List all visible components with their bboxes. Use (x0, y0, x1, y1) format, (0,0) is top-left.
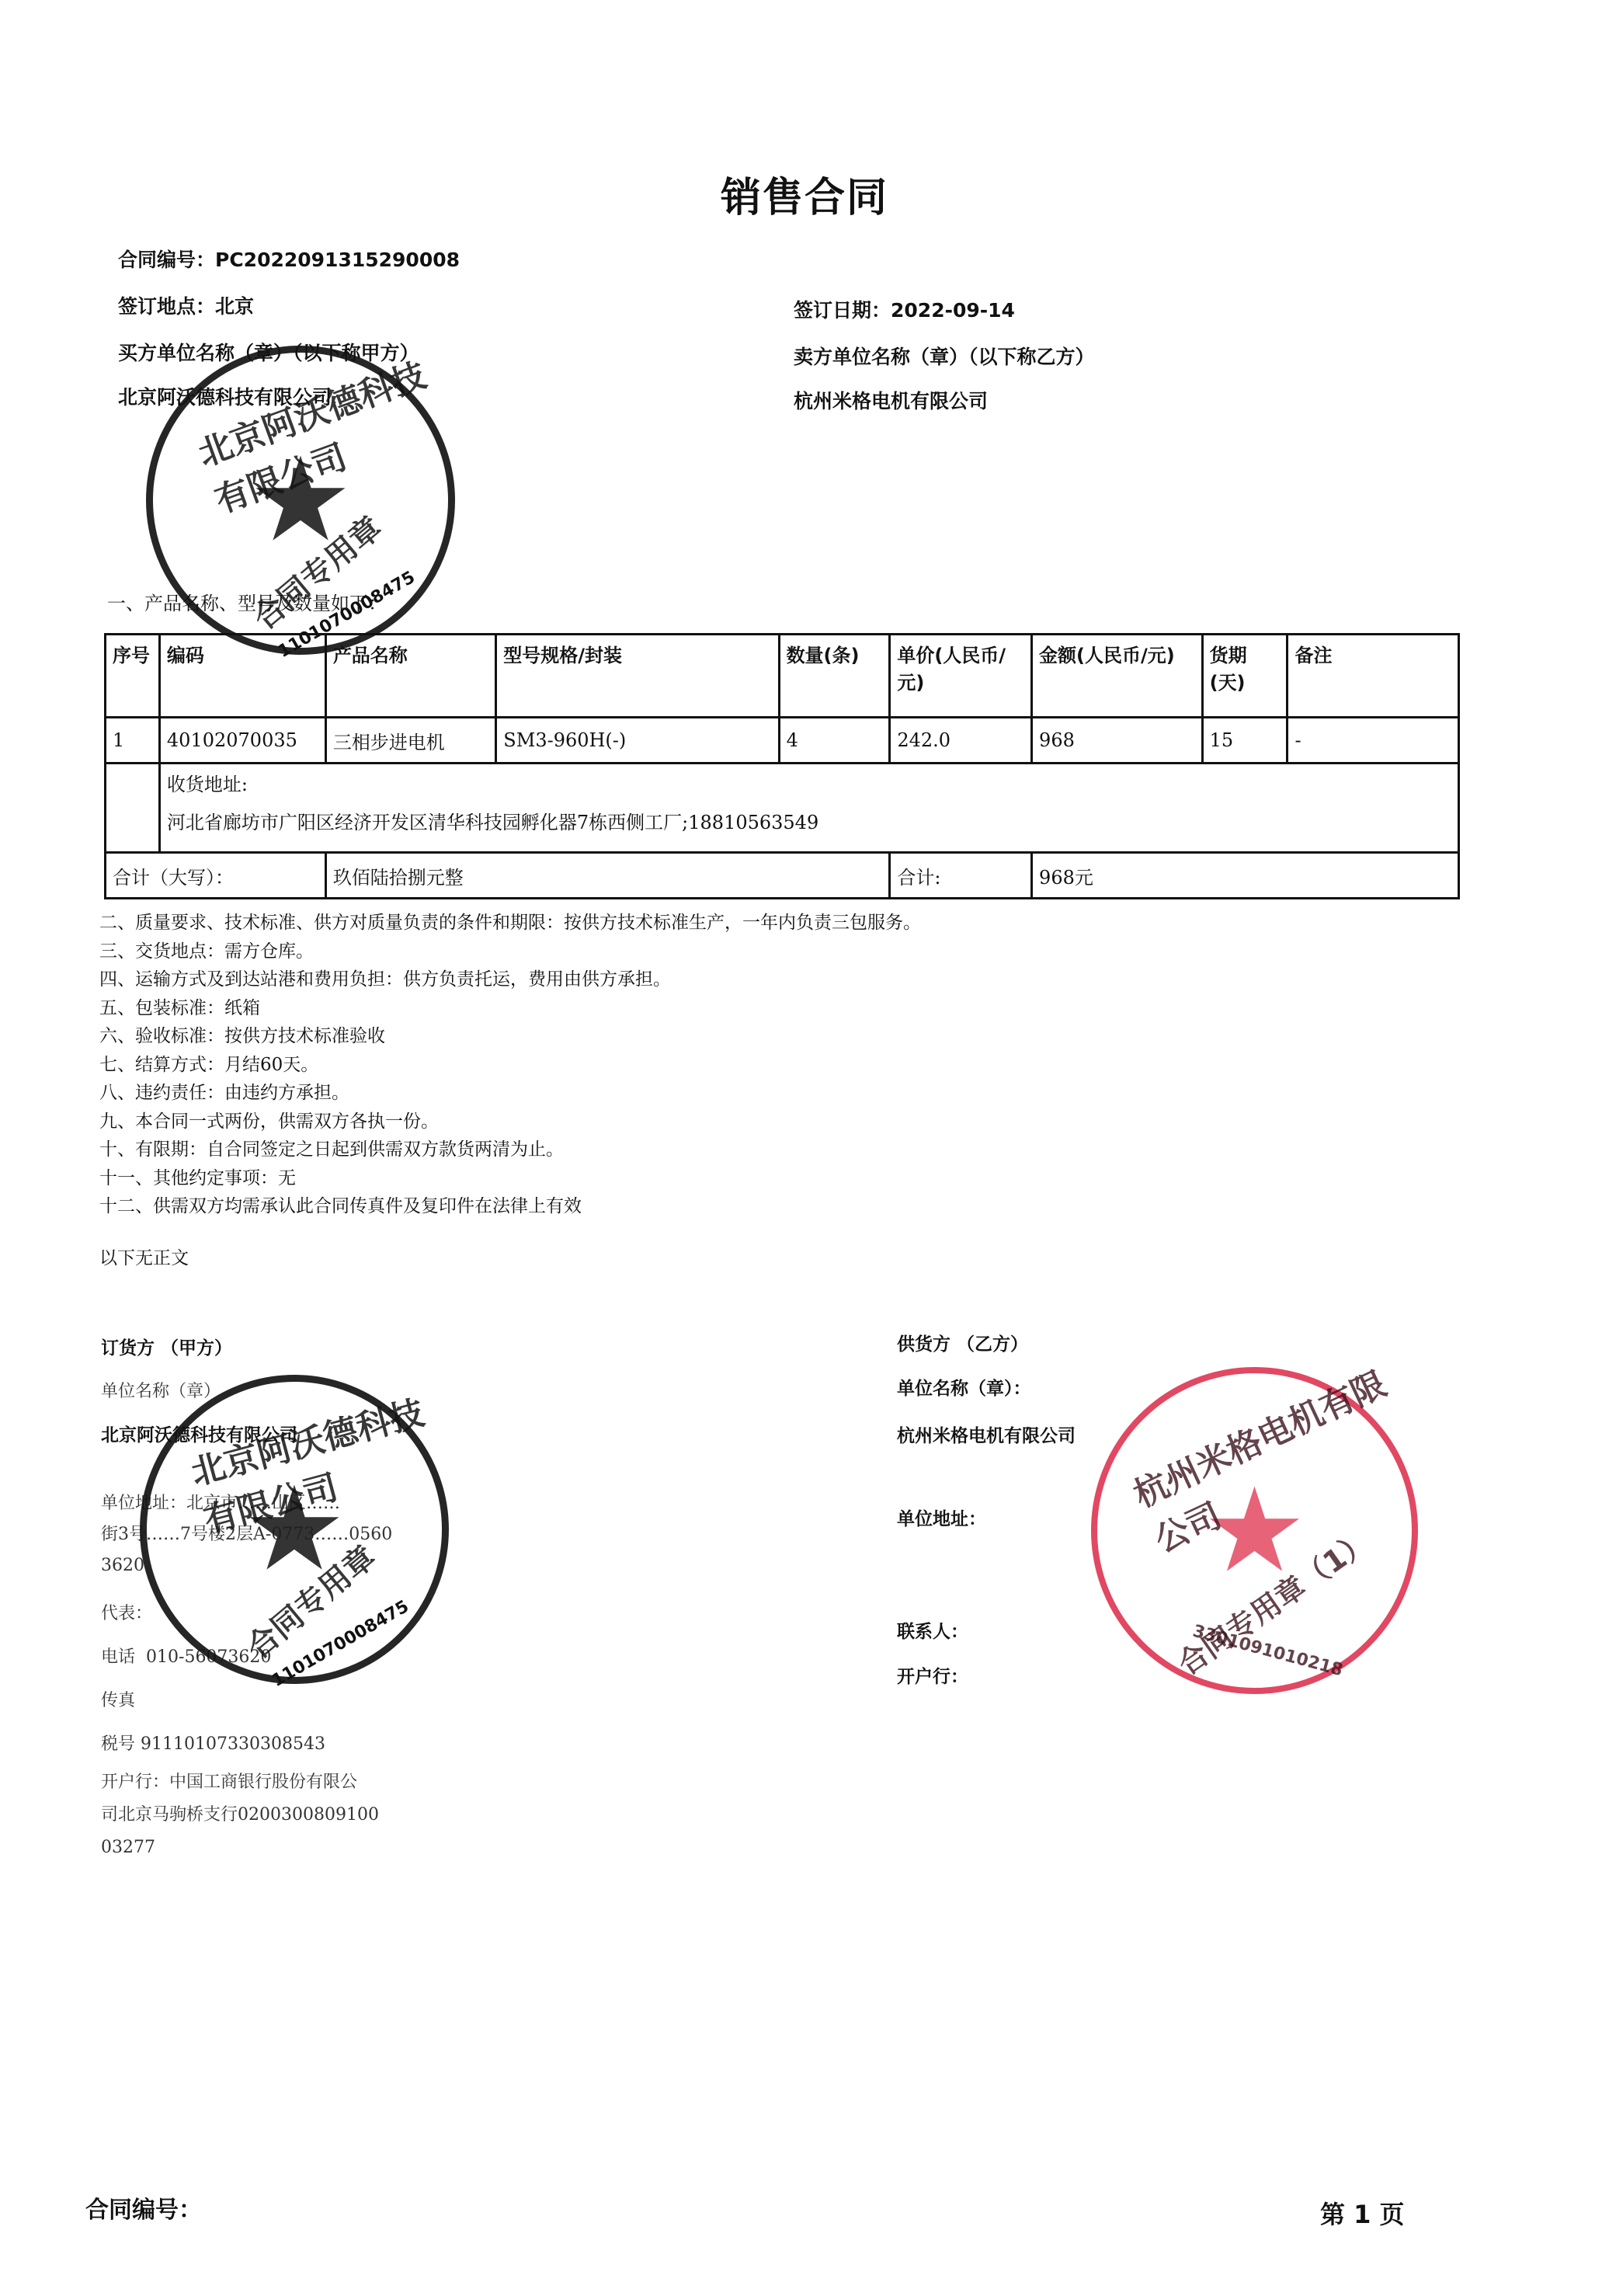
clause-item: 十二、供需双方均需承认此合同传真件及复印件在法律上有效 (99, 1192, 921, 1221)
document-title: 销售合同 (0, 165, 1609, 223)
clause-item: 九、本合同一式两份，供需双方各执一份。 (99, 1108, 921, 1136)
header-cell: 单价(人民币/元) (890, 635, 1032, 718)
seller-contact-label: 联系人： (897, 1617, 1208, 1643)
buyer-phone-label: 电话 (101, 1647, 135, 1667)
page-number: 第 1 页 (1320, 2195, 1405, 2231)
header-cell: 序号 (106, 635, 160, 718)
contract-number-label: 合同编号： (118, 249, 215, 271)
header-cell: 型号规格/封装 (496, 635, 779, 718)
clauses-list: 二、质量要求、技术标准、供方对质量负责的条件和期限：按供方技术标准生产，一年内负… (99, 909, 921, 1272)
end-note: 以下无正文 (99, 1244, 921, 1273)
empty-cell (106, 764, 160, 853)
buyer-address-line2: 街3号……7号楼2层A-0773……0560 (101, 1519, 392, 1550)
total-row: 合计（大写）： 玖佰陆拾捌元整 合计: 968元 (106, 853, 1459, 899)
seller-bank-label: 开户行： (897, 1662, 1208, 1688)
seller-name: 杭州米格电机有限公司 (794, 386, 988, 414)
header-cell: 数量(条) (779, 635, 890, 718)
buyer-unit-name: 北京阿沃德科技有限公司 (101, 1414, 392, 1457)
footer-contract-number-label: 合同编号： (85, 2190, 202, 2225)
star-icon: ★ (248, 442, 353, 558)
clause-item: 四、运输方式及到达站港和费用负担：供方负责托运，费用由供方承担。 (99, 965, 921, 994)
buyer-phone-value: 010-56073620 (146, 1647, 271, 1667)
clause-item: 十、有限期：自合同签定之日起到供需双方款货两清为止。 (99, 1136, 921, 1164)
buyer-tax: 税号 91110107330308543 (101, 1723, 392, 1766)
buyer-bank-line2: 司北京马驹桥支行0200300809100 (101, 1799, 392, 1832)
buyer-fax-label: 传真 (101, 1679, 392, 1723)
cell-name: 三相步进电机 (325, 718, 495, 764)
clause-item: 八、违约责任：由违约方承担。 (99, 1079, 921, 1108)
seller-unit-name-label: 单位名称（章）： (897, 1374, 1208, 1400)
clause-item: 六、验收标准：按供方技术标准验收 (99, 1022, 921, 1051)
buyer-address-line1: 北京市……山区…… (186, 1494, 340, 1513)
total-upper-value: 玖佰陆拾捌元整 (325, 853, 890, 899)
total-value: 968元 (1032, 853, 1459, 899)
sign-place-label: 签订地点： (118, 295, 215, 318)
seller-contract-seal: ★ 杭州米格电机有限公司 合同专用章（1） 3301091010218 (1091, 1367, 1418, 1694)
clause-item: 十一、其他约定事项：无 (99, 1164, 921, 1193)
clause-item: 二、质量要求、技术标准、供方对质量负责的条件和期限：按供方技术标准生产，一年内负… (99, 909, 921, 938)
clause-item: 五、包装标准：纸箱 (99, 994, 921, 1023)
buyer-block-heading: 订货方 （甲方） (101, 1327, 392, 1370)
buyer-seal-subtext: 合同专用章 (242, 504, 390, 638)
contract-number-value: PC2022091315290008 (215, 249, 460, 271)
sign-date-value: 2022-09-14 (891, 299, 1015, 322)
cell-qty: 4 (779, 718, 890, 764)
table-header-row: 序号 编码 产品名称 型号规格/封装 数量(条) 单价(人民币/元) 金额(人民… (106, 635, 1459, 718)
total-label: 合计: (890, 853, 1032, 899)
table-row: 1 40102070035 三相步进电机 SM3-960H(-) 4 242.0… (106, 718, 1459, 764)
sign-place-value: 北京 (215, 295, 254, 318)
buyer-tax-label: 税号 (101, 1734, 135, 1754)
seller-label: 卖方单位名称（章）（以下称乙方） (794, 342, 1095, 370)
clause-item: 三、交货地点：需方仓库。 (99, 938, 921, 966)
section-1-heading: 一、产品名称、型号及数量如下： (107, 588, 387, 615)
sign-date-label: 签订日期： (794, 299, 891, 322)
delivery-address-row: 收货地址: 河北省廊坊市广阳区经济开发区清华科技园孵化器7栋西侧工厂;18810… (106, 764, 1459, 853)
cell-code: 40102070035 (159, 718, 325, 764)
buyer-bank-line1: 中国工商银行股份有限公 (169, 1772, 357, 1792)
buyer-label: 买方单位名称（章）（以下称甲方） (118, 338, 419, 366)
seller-seal-subtext: 合同专用章（1） (1168, 1518, 1378, 1683)
seller-unit-name: 杭州米格电机有限公司 (897, 1421, 1208, 1447)
buyer-unit-name-label: 单位名称（章） (101, 1370, 392, 1414)
buyer-bank-label: 开户行： (101, 1772, 169, 1792)
seller-seal-number: 3301091010218 (1190, 1622, 1345, 1681)
cell-amount: 968 (1032, 718, 1203, 764)
header-cell: 金额(人民币/元) (1032, 635, 1203, 718)
buyer-rep-label: 代表： (101, 1592, 392, 1636)
cell-remark: - (1288, 718, 1459, 764)
total-upper-label: 合计（大写）： (106, 853, 326, 899)
delivery-address-cell: 收货地址: 河北省廊坊市广阳区经济开发区清华科技园孵化器7栋西侧工厂;18810… (159, 764, 1458, 853)
cell-unit-price: 242.0 (890, 718, 1032, 764)
buyer-tax-value: 91110107330308543 (141, 1734, 325, 1754)
contract-number: 合同编号：PC2022091315290008 (118, 245, 460, 273)
header-cell: 编码 (159, 635, 325, 718)
delivery-address-label: 收货地址: (167, 769, 1451, 796)
buyer-signature-block: 订货方 （甲方） 单位名称（章） 北京阿沃德科技有限公司 单位地址：北京市……山… (101, 1327, 392, 1864)
buyer-seal-text: 北京阿沃德科技有限公司 (190, 344, 457, 523)
seller-address-label: 单位地址： (897, 1505, 1208, 1530)
buyer-bank-line3: 03277 (101, 1832, 392, 1864)
items-table: 序号 编码 产品名称 型号规格/封装 数量(条) 单价(人民币/元) 金额(人民… (104, 633, 1460, 899)
sign-place: 签订地点：北京 (118, 291, 254, 319)
cell-model: SM3-960H(-) (496, 718, 779, 764)
cell-no: 1 (106, 718, 160, 764)
sign-date: 签订日期：2022-09-14 (794, 295, 1015, 323)
buyer-address-line3: 3620 (101, 1550, 392, 1581)
buyer-address-label: 单位地址： (101, 1494, 186, 1513)
buyer-bank: 开户行：中国工商银行股份有限公 司北京马驹桥支行0200300809100 03… (101, 1766, 392, 1864)
buyer-phone: 电话 010-56073620 (101, 1636, 392, 1679)
seller-block-heading: 供货方 （乙方） (897, 1330, 1208, 1355)
header-cell: 货期(天) (1202, 635, 1288, 718)
buyer-name: 北京阿沃德科技有限公司 (118, 382, 332, 410)
header-cell: 产品名称 (325, 635, 495, 718)
clause-item: 七、结算方式：月结60天。 (99, 1051, 921, 1080)
buyer-address: 单位地址：北京市……山区…… 街3号……7号楼2层A-0773……0560 36… (101, 1488, 392, 1581)
delivery-address-value: 河北省廊坊市广阳区经济开发区清华科技园孵化器7栋西侧工厂;18810563549 (167, 807, 1451, 834)
header-cell: 备注 (1288, 635, 1459, 718)
cell-lead-days: 15 (1202, 718, 1288, 764)
star-icon: ★ (1202, 1473, 1306, 1589)
